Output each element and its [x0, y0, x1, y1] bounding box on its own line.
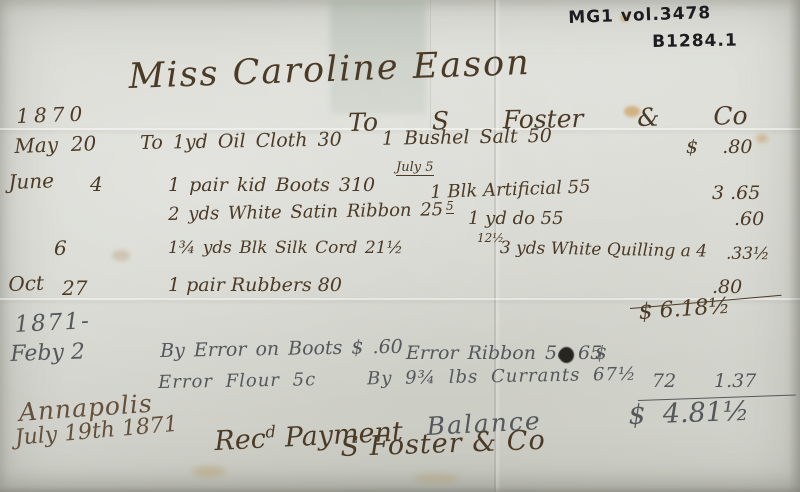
entry-amount-june4: 3 .65 [712, 184, 760, 203]
stain-right-edge [756, 134, 768, 143]
credit-amount-after-blot: 65 [578, 344, 602, 363]
entry-month-oct27: Oct [8, 273, 44, 294]
entry-month-june4: June [8, 170, 54, 192]
entry-amount-may20: $ .80 [686, 138, 752, 157]
entry-day-oct27: 27 [62, 278, 87, 298]
entry-desc-june6-right: 3 yds White Quilling a 4 [500, 240, 707, 261]
entry-amount-june6: .33½ [726, 246, 770, 263]
signature: S Foster & Co [340, 427, 546, 461]
entry-desc-may20: To 1yd Oil Cloth 30 1 Bushel Salt 50 [140, 127, 552, 153]
credit-desc-flour-currants: Error Flour 5c By 9¾ lbs Currants 67½ [158, 366, 637, 392]
entry-date-may20: May 20 [14, 133, 97, 156]
entry-desc-ribbon: 2 yds White Satin Ribbon 25 [168, 201, 443, 224]
entry-desc-june4-left: 1 pair kid Boots 310 [168, 176, 375, 195]
entry-day-june6: 6 [54, 238, 67, 258]
year-1871: 1871- [14, 310, 91, 337]
archive-volume-mark: MG1 vol.3478 [568, 5, 711, 27]
scanned-receipt-document: MG1 vol.3478 B1284.1 Miss Caroline Eason… [0, 0, 800, 492]
entry-day-june4: 4 [90, 174, 103, 194]
year-1870: 1870 [16, 104, 88, 126]
superscript-5: 5 [446, 200, 454, 214]
archive-item-mark: B1284.1 [652, 33, 738, 51]
credit-desc-ribbon: Error Ribbon 5c $ [406, 344, 607, 363]
paper-edge-right [788, 0, 800, 492]
paper-edge-bottom [0, 486, 800, 492]
entry-desc-ribbon2: 1 yd do 55 [468, 210, 564, 228]
received-payment-pre: Rec [214, 423, 267, 457]
entry-date-feb2: Feby 2 [10, 341, 85, 366]
credit-col-72: 72 [652, 372, 676, 391]
stain-bottom-center [414, 474, 458, 483]
entry-desc-june6-left: 1¾ yds Blk Silk Cord 21½ [168, 240, 403, 257]
july5-annotation: July 5 [396, 161, 434, 176]
subtotal-amount: $ 6.18½ [638, 296, 731, 324]
credit-desc-boots: By Error on Boots $ .60 [160, 338, 403, 361]
stain-left-middle [112, 250, 130, 261]
entry-desc-oct27: 1 pair Rubbers 80 [168, 276, 342, 295]
balance-amount: $ 4.81½ [628, 398, 750, 429]
entry-amount-ribbon: .60 [734, 210, 764, 229]
credit-col-137: 1.37 [714, 372, 756, 391]
entry-desc-june4-right: 1 Blk Artificial 55 [430, 178, 591, 202]
customer-name: Miss Caroline Eason [128, 46, 531, 95]
